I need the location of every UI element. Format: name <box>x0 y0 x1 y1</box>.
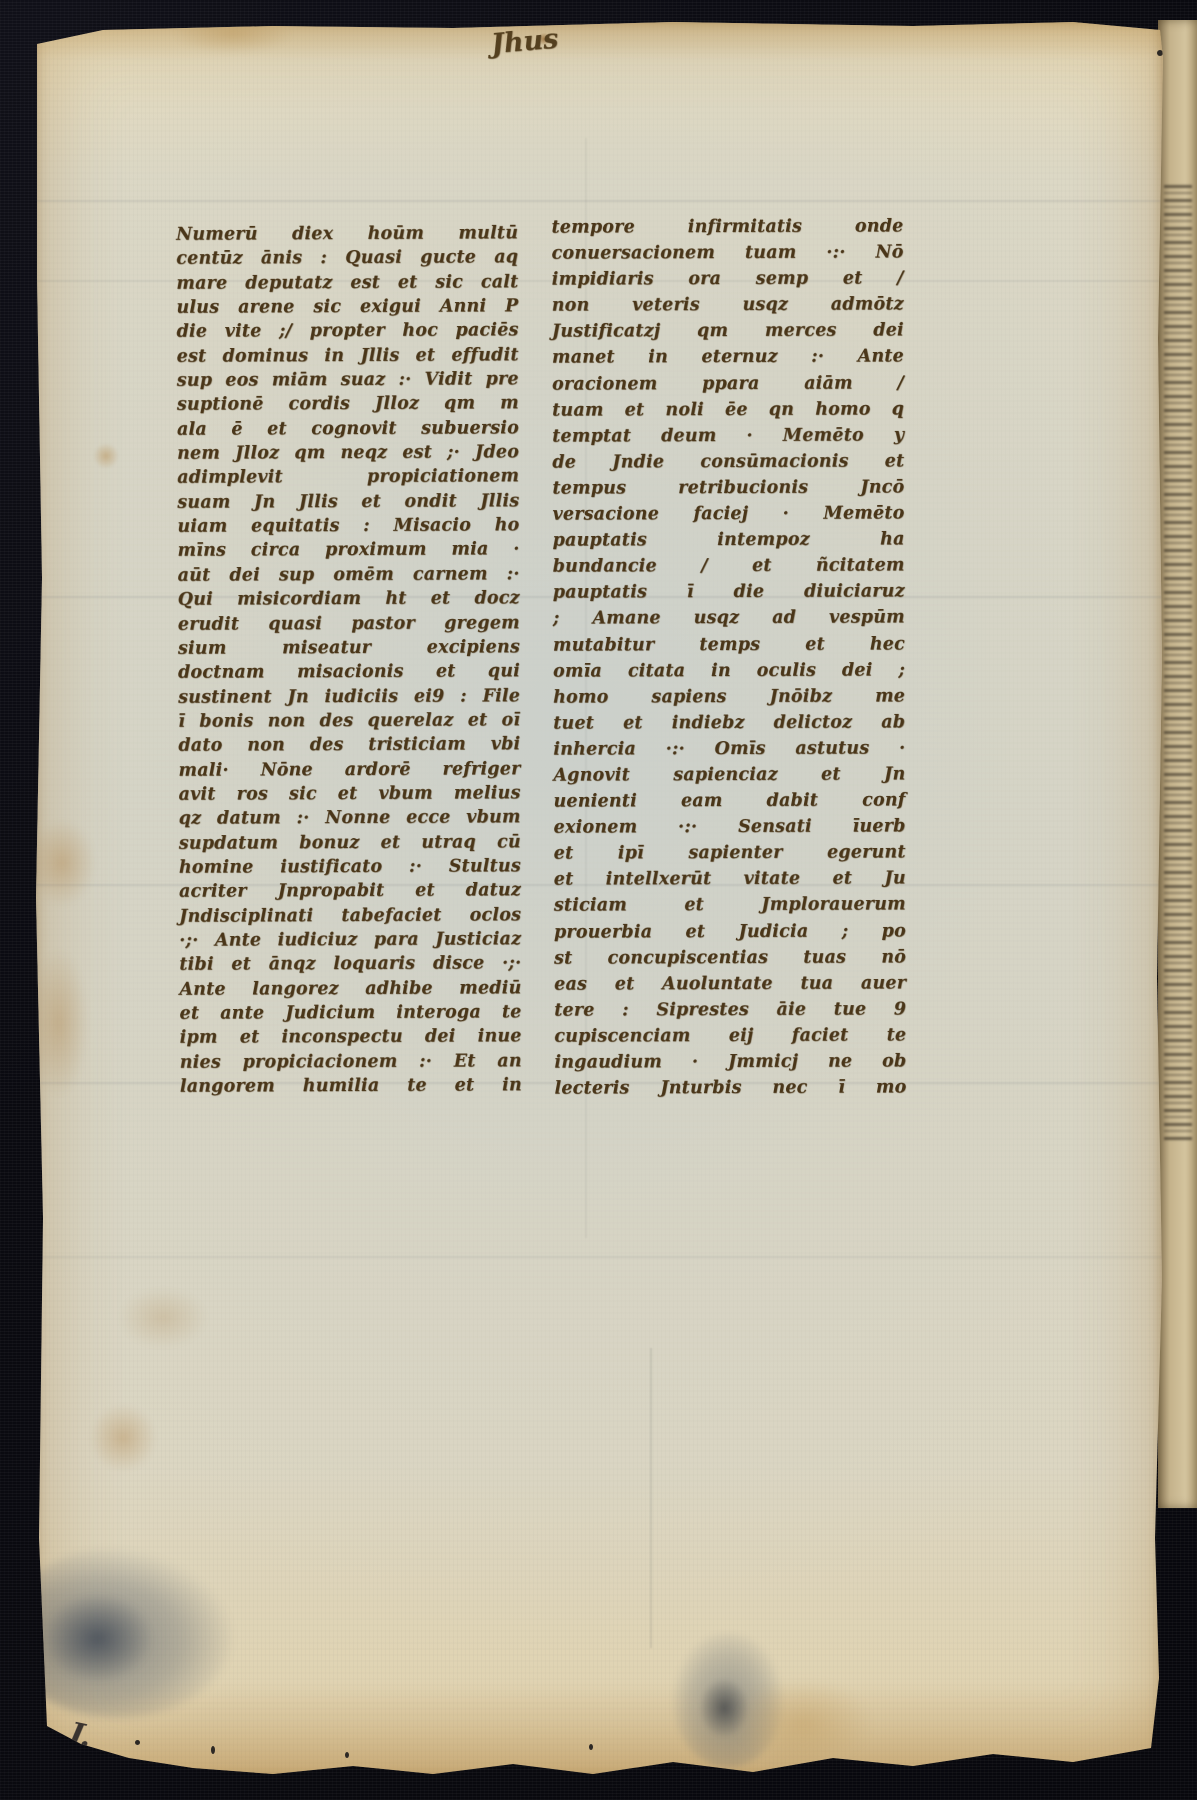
manuscript-text-line: ī bonis non des querelaz et oī <box>178 708 520 734</box>
manuscript-text-line: sustinent Jn iudiciis ei9 : File <box>178 684 520 710</box>
manuscript-text-line: tibi et ānqz loquaris disce ·;· <box>179 952 521 978</box>
manuscript-text-line: erudit quasi pastor gregem <box>178 611 520 637</box>
manuscript-text-line: Ante langorez adhibe mediū <box>179 976 521 1002</box>
manuscript-text-line: versacione faciej · Memēto <box>552 500 904 527</box>
manuscript-text-line: tuam et noli ēe qn homo q <box>552 396 904 423</box>
manuscript-text-line: et ante Judicium interoga te <box>179 1000 521 1026</box>
manuscript-text-line: Jndisciplinati tabefaciet oclos <box>179 903 521 929</box>
vertical-crease <box>650 1348 652 1648</box>
manuscript-page: Jhus Numerū diex hoūm multūcentūz ānis :… <box>33 18 1163 1782</box>
manuscript-text-line: oracionem ppara aiām / <box>552 370 904 397</box>
manuscript-text-line: temptat deum · Memēto y <box>552 422 904 449</box>
ink-speck <box>135 1740 140 1745</box>
manuscript-text-line: qz datum :· Nonne ecce vbum <box>179 806 521 832</box>
manuscript-text-line: ipm et inconspectu dei inue <box>180 1025 522 1051</box>
manuscript-text-line: mutabitur temps et hec <box>553 631 905 658</box>
ink-speck <box>345 1752 349 1758</box>
photo-backdrop: Jhus Numerū diex hoūm multūcentūz ānis :… <box>0 0 1197 1800</box>
manuscript-text-line: prouerbia et Judicia ; po <box>554 918 906 945</box>
manuscript-text-line: die vite ;/ propter hoc paciēs <box>177 319 519 345</box>
text-column-left: Numerū diex hoūm multūcentūz ānis : Quas… <box>176 221 522 1099</box>
manuscript-text-line: aūt dei sup omēm carnem :· <box>178 562 520 588</box>
manuscript-text-line: tuet et indiebz delictoz ab <box>553 709 905 736</box>
manuscript-text-line: et intellxerūt vitate et Ju <box>554 866 906 893</box>
manuscript-text-line: ; Amane usqz ad vespūm <box>553 605 905 632</box>
manuscript-text-line: uiam equitatis : Misacio ho <box>177 513 519 539</box>
manuscript-text-line: supdatum bonuz et utraq cū <box>179 830 521 856</box>
manuscript-text-line: de Jndie consūmacionis et <box>552 448 904 475</box>
adjacent-leaf-text-showthrough <box>1164 185 1192 1140</box>
manuscript-text-line: pauptatis ī die diuiciaruz <box>553 579 905 606</box>
ruling-line <box>33 1256 1163 1258</box>
foxing-spot <box>27 818 97 908</box>
manuscript-text-line: langorem humilia te et in <box>180 1073 522 1099</box>
manuscript-text-line: acriter Jnpropabit et datuz <box>179 879 521 905</box>
manuscript-text-line: suptionē cordis Jlloz qm m <box>177 392 519 418</box>
manuscript-text-line: impidiaris ora semp et / <box>552 266 904 293</box>
manuscript-text-line: mali· Nōne ardorē refriger <box>178 757 520 783</box>
manuscript-text-line: manet in eternuz :· Ante <box>552 344 904 371</box>
manuscript-text-line: conuersacionem tuam ·:· Nō <box>552 239 904 266</box>
manuscript-text-line: doctnam misacionis et qui <box>178 659 520 685</box>
manuscript-text-line: sticiam et Jmplorauerum <box>554 892 906 919</box>
manuscript-text-line: centūz ānis : Quasi gucte aq <box>176 246 518 272</box>
pricking-dot <box>1157 50 1163 56</box>
manuscript-text-line: et ipī sapienter egerunt <box>554 840 906 867</box>
manuscript-text-line: mare deputatz est et sic calt <box>176 270 518 296</box>
manuscript-text-line: ·;· Ante iudiciuz para Justiciaz <box>179 927 521 953</box>
manuscript-text-line: avit ros sic et vbum melius <box>179 781 521 807</box>
manuscript-text-line: ala ē et cognovit subuersio <box>177 416 519 442</box>
manuscript-text-line: cupiscenciam eij faciet te <box>554 1022 906 1049</box>
manuscript-text-line: est dominus in Jllis et effudit <box>177 343 519 369</box>
text-column-right: tempore infirmitatis ondeconuersacionem … <box>551 213 906 1101</box>
manuscript-text-line: mīns circa proximum mia · <box>177 538 519 564</box>
manuscript-text-line: exionem ·:· Sensati īuerb <box>554 814 906 841</box>
ruling-line <box>33 200 1163 202</box>
manuscript-text-line: st concupiscentias tuas nō <box>554 944 906 971</box>
manuscript-text-line: Qui misicordiam ht et docz <box>178 586 520 612</box>
manuscript-text-line: ulus arene sic exigui Anni P <box>176 294 518 320</box>
manuscript-text-line: nies propiciacionem :· Et an <box>180 1049 522 1075</box>
manuscript-text-line: inhercia ·:· Omīs astutus · <box>553 735 905 762</box>
adjacent-leaf-edge <box>1158 20 1197 1508</box>
manuscript-text-line: homine iustificato :· Stultus <box>179 854 521 880</box>
manuscript-text-line: tempus retribucionis Jncō <box>552 474 904 501</box>
manuscript-text-line: tempore infirmitatis onde <box>551 213 903 240</box>
bottom-edge-toning <box>33 1662 1163 1782</box>
manuscript-text-line: Justificatzj qm merces dei <box>552 318 904 345</box>
manuscript-text-line: ingaudium · Jmmicj ne ob <box>554 1048 906 1075</box>
manuscript-text-line: bundancie / et ñcitatem <box>553 553 905 580</box>
manuscript-text-line: tere : Siprestes āie tue 9 <box>554 996 906 1023</box>
manuscript-text-line: pauptatis intempoz ha <box>553 527 905 554</box>
manuscript-text-line: sup eos miām suaz :· Vidit pre <box>177 367 519 393</box>
manuscript-text-line: dato non des tristiciam vbi <box>178 732 520 758</box>
manuscript-text-line: adimplevit propiciationem <box>177 465 519 491</box>
manuscript-text-line: homo sapiens Jnōibz me <box>553 683 905 710</box>
foxing-spot <box>29 948 89 1098</box>
manuscript-text-line: sium miseatur excipiens <box>178 635 520 661</box>
manuscript-text-line: uenienti eam dabit conf <box>553 787 905 814</box>
foxing-spot <box>88 1403 158 1473</box>
ink-speck <box>211 1746 215 1754</box>
manuscript-text-line: Numerū diex hoūm multū <box>176 221 518 247</box>
manuscript-text-line: Agnovit sapienciaz et Jn <box>553 761 905 788</box>
manuscript-text-line: non veteris usqz admōtz <box>552 292 904 319</box>
manuscript-text-line: eas et Auoluntate tua auer <box>554 970 906 997</box>
manuscript-text-line: nem Jlloz qm neqz est ;· Jdeo <box>177 440 519 466</box>
ink-speck <box>589 1744 593 1750</box>
manuscript-text-line: suam Jn Jllis et ondit Jllis <box>177 489 519 515</box>
manuscript-text-line: omīa citata in oculis dei ; <box>553 657 905 684</box>
foxing-spot <box>118 1288 208 1348</box>
foxing-dot <box>93 443 119 469</box>
manuscript-text-line: lecteris Jnturbis nec ī mo <box>554 1074 906 1101</box>
